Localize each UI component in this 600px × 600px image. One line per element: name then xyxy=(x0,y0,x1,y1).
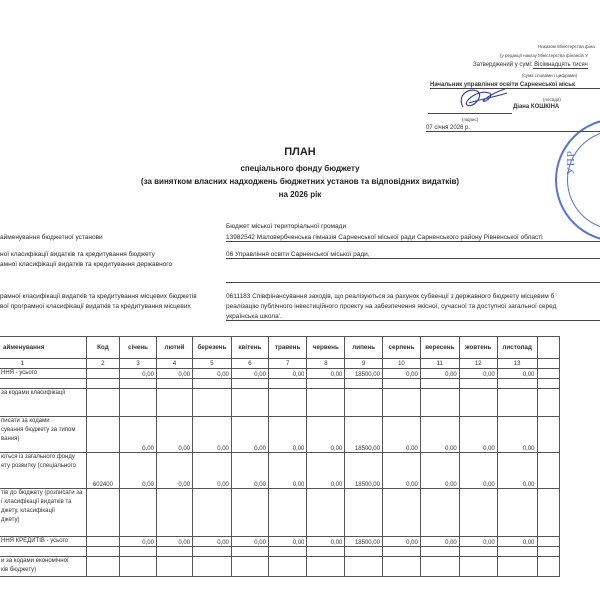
row-code xyxy=(86,537,119,547)
row-name: ННЯ - усього xyxy=(0,369,86,379)
department-label-2: амної класифікації видатків та кредитува… xyxy=(0,261,172,268)
month-value: 0,00 xyxy=(120,369,157,379)
month-value: 0,00 xyxy=(382,537,420,547)
month-value xyxy=(459,489,497,537)
month-value: 18500,00 xyxy=(345,453,383,489)
column-header: жовтень xyxy=(459,337,497,359)
month-value xyxy=(345,389,383,417)
month-value xyxy=(382,389,420,417)
row-overflow-cell xyxy=(537,379,560,389)
row-code xyxy=(86,417,119,453)
department-value: 06 Управління освіти Сарненської міської… xyxy=(226,251,600,259)
row-overflow-cell xyxy=(537,369,560,379)
column-number: 11 xyxy=(420,359,459,369)
table-row: ННЯ - усього0,000,000,000,000,000,001850… xyxy=(0,369,560,379)
title-line-2: (за винятком власних надходжень бюджетни… xyxy=(0,177,600,186)
month-value xyxy=(268,379,306,389)
program-label-1: рамної класифікації видатків та кредитув… xyxy=(0,293,197,300)
table-row xyxy=(0,547,560,557)
month-value xyxy=(231,379,268,389)
month-value xyxy=(156,547,192,557)
month-value xyxy=(307,389,345,417)
order-reference-line-2: (у редакції наказу Міністерства фінансів… xyxy=(500,53,588,58)
month-value xyxy=(156,389,192,417)
signature-line xyxy=(428,113,512,114)
institution-label: айменування бюджетної установи xyxy=(0,234,103,241)
table-row: ються із загального фондуету розвитку (с… xyxy=(0,453,560,489)
month-value: 0,00 xyxy=(420,537,459,547)
column-number: 7 xyxy=(268,359,306,369)
month-value: 0,00 xyxy=(231,417,268,453)
column-header: січень xyxy=(120,337,157,359)
month-value xyxy=(120,557,157,577)
month-value xyxy=(345,547,383,557)
month-value: 0,00 xyxy=(268,537,306,547)
department-label-1: ної класифікації видатків та кредитуванн… xyxy=(0,251,155,258)
column-header: лютий xyxy=(156,337,192,359)
program-value-2: реалізацію публічного інвестиційного про… xyxy=(226,303,556,310)
row-name xyxy=(0,547,86,557)
month-value: 0,00 xyxy=(459,537,497,547)
month-value: 0,00 xyxy=(193,537,232,547)
row-overflow-cell xyxy=(537,489,560,537)
month-value: 0,00 xyxy=(459,417,497,453)
column-header-overflow xyxy=(537,337,560,359)
month-value xyxy=(459,389,497,417)
plan-table: айменуванняКодсіченьлютийберезеньквітень… xyxy=(0,336,560,577)
month-value: 18500,00 xyxy=(345,369,383,379)
month-value xyxy=(459,379,497,389)
month-value xyxy=(268,489,306,537)
column-number: 6 xyxy=(231,359,268,369)
month-value: 0,00 xyxy=(268,369,306,379)
month-value: 0,00 xyxy=(307,537,345,547)
month-value xyxy=(345,489,383,537)
month-value: 0,00 xyxy=(497,369,537,379)
month-value: 0,00 xyxy=(268,453,306,489)
column-number: 5 xyxy=(193,359,232,369)
month-value: 0,00 xyxy=(120,537,157,547)
column-number: 1 xyxy=(0,359,86,369)
month-value: 18500,00 xyxy=(345,417,383,453)
row-overflow-cell xyxy=(537,537,560,547)
institution-value: 13982542 Маловербченська гімназія Сарнен… xyxy=(226,234,600,242)
month-value xyxy=(268,389,306,417)
month-value xyxy=(497,389,537,417)
month-value: 0,00 xyxy=(120,453,157,489)
month-value xyxy=(231,557,268,577)
column-number: 9 xyxy=(345,359,383,369)
month-value: 0,00 xyxy=(231,369,268,379)
month-value xyxy=(382,557,420,577)
month-value xyxy=(307,557,345,577)
month-value: 0,00 xyxy=(459,453,497,489)
month-value xyxy=(307,489,345,537)
month-value: 0,00 xyxy=(382,369,420,379)
month-value: 0,00 xyxy=(420,417,459,453)
month-value xyxy=(345,379,383,389)
column-header: айменування xyxy=(0,337,86,359)
column-header: серпень xyxy=(382,337,420,359)
month-value xyxy=(420,379,459,389)
column-number: 12 xyxy=(459,359,497,369)
month-value: 0,00 xyxy=(459,369,497,379)
amount-caption: (сума словами і цифрами) xyxy=(522,73,577,78)
program-value-3: українська школа'. xyxy=(226,313,600,321)
row-code xyxy=(86,389,119,417)
month-value xyxy=(420,557,459,577)
row-name xyxy=(0,379,86,389)
order-reference-line-1: Наказом Міністерства фіна xyxy=(538,44,595,49)
month-value xyxy=(382,489,420,537)
month-value xyxy=(193,389,232,417)
month-value xyxy=(193,489,232,537)
month-value: 0,00 xyxy=(307,453,345,489)
table-body: ННЯ - усього0,000,000,000,000,000,001850… xyxy=(0,369,560,577)
column-number: 2 xyxy=(86,359,119,369)
month-value xyxy=(156,379,192,389)
column-header: листопад xyxy=(497,337,537,359)
row-code xyxy=(86,379,119,389)
month-value xyxy=(497,489,537,537)
column-number: 13 xyxy=(497,359,537,369)
program-label-2: вої програмної класифікації видатків та … xyxy=(0,303,191,310)
month-value xyxy=(497,379,537,389)
empty-field-line xyxy=(226,282,600,283)
month-value: 0,00 xyxy=(307,369,345,379)
row-overflow-cell xyxy=(537,453,560,489)
row-overflow-cell xyxy=(537,557,560,577)
month-value xyxy=(307,547,345,557)
signatory-name: Діана КОШКІНА xyxy=(513,104,559,110)
signature-caption: (підпис) xyxy=(462,117,478,122)
month-value xyxy=(120,379,157,389)
month-value xyxy=(231,547,268,557)
month-value xyxy=(231,389,268,417)
month-value xyxy=(459,547,497,557)
month-value: 0,00 xyxy=(231,537,268,547)
column-number-overflow xyxy=(537,359,560,369)
row-code xyxy=(86,369,119,379)
row-name: ННЯ КРЕДИТІВ - усього xyxy=(0,537,86,547)
month-value: 0,00 xyxy=(497,417,537,453)
approved-amount: Затверджений у сумі: Вісімнадцять тисяч xyxy=(473,62,588,68)
month-value: 0,00 xyxy=(156,537,192,547)
title-line-1: спеціального фонду бюджету xyxy=(0,164,600,173)
month-value: 0,00 xyxy=(193,453,232,489)
column-header: липень xyxy=(345,337,383,359)
month-value xyxy=(193,547,232,557)
month-value xyxy=(345,557,383,577)
month-value xyxy=(420,389,459,417)
column-number: 3 xyxy=(120,359,157,369)
page-title: ПЛАН xyxy=(0,146,600,158)
row-code: 602400 xyxy=(86,453,119,489)
month-value xyxy=(193,557,232,577)
row-name: ються із загального фондуету розвитку (с… xyxy=(0,453,86,489)
month-value xyxy=(420,547,459,557)
month-value xyxy=(156,489,192,537)
column-number: 8 xyxy=(307,359,345,369)
month-value xyxy=(120,547,157,557)
column-number: 10 xyxy=(382,359,420,369)
month-value: 0,00 xyxy=(382,417,420,453)
table-row: и за кодами економічноїків бюджету) xyxy=(0,557,560,577)
month-value xyxy=(120,389,157,417)
table-row: за кодами класифікації xyxy=(0,389,560,417)
month-value xyxy=(382,547,420,557)
column-header: вересень xyxy=(420,337,459,359)
month-value xyxy=(231,489,268,537)
title-line-3: на 2026 рік xyxy=(0,190,600,199)
approved-label: Затверджений у сумі: xyxy=(473,62,533,68)
row-code xyxy=(86,547,119,557)
row-name: за кодами класифікації xyxy=(0,389,86,417)
month-value xyxy=(420,489,459,537)
month-value: 0,00 xyxy=(231,453,268,489)
month-value xyxy=(156,557,192,577)
table-row: писати за кодамисування бюджету за типом… xyxy=(0,417,560,453)
month-value: 0,00 xyxy=(193,369,232,379)
month-value: 0,00 xyxy=(156,453,192,489)
month-value: 0,00 xyxy=(156,369,192,379)
month-value xyxy=(268,557,306,577)
column-header: Код xyxy=(86,337,119,359)
month-value: 0,00 xyxy=(156,417,192,453)
month-value: 18500,00 xyxy=(345,537,383,547)
month-value: 0,00 xyxy=(268,417,306,453)
row-name: писати за кодамисування бюджету за типом… xyxy=(0,417,86,453)
month-value xyxy=(459,557,497,577)
month-value: 0,00 xyxy=(497,537,537,547)
column-header: березень xyxy=(193,337,232,359)
table-header-row: айменуванняКодсіченьлютийберезеньквітень… xyxy=(0,337,560,359)
month-value xyxy=(497,557,537,577)
table-column-number-row: 12345678910111213 xyxy=(0,359,560,369)
month-value xyxy=(268,547,306,557)
row-overflow-cell xyxy=(537,417,560,453)
column-number: 4 xyxy=(156,359,192,369)
month-value: 0,00 xyxy=(193,417,232,453)
month-value: 0,00 xyxy=(420,453,459,489)
column-header: травень xyxy=(268,337,306,359)
row-name: и за кодами економічноїків бюджету) xyxy=(0,557,86,577)
approved-amount-words: Вісімнадцять тисяч xyxy=(533,62,588,69)
approval-date: 07 січня 2026 р. xyxy=(426,125,600,132)
table-row xyxy=(0,379,560,389)
row-code xyxy=(86,489,119,537)
table-row: ННЯ КРЕДИТІВ - усього0,000,000,000,000,0… xyxy=(0,537,560,547)
month-value xyxy=(193,379,232,389)
budget-name: Бюджет міської територіальної громади xyxy=(226,223,346,230)
position-caption: (посада) xyxy=(543,97,561,102)
month-value xyxy=(307,379,345,389)
column-header: квітень xyxy=(231,337,268,359)
program-value-1: 0611183 Співфінансування заходів, що реа… xyxy=(226,293,554,300)
month-value: 0,00 xyxy=(120,417,157,453)
row-name: тів до бюджету (розписати заї класифікац… xyxy=(0,489,86,537)
row-code xyxy=(86,557,119,577)
signature-icon xyxy=(455,83,515,113)
month-value: 0,00 xyxy=(307,417,345,453)
row-overflow-cell xyxy=(537,547,560,557)
table-row: тів до бюджету (розписати заї класифікац… xyxy=(0,489,560,537)
month-value: 0,00 xyxy=(382,453,420,489)
month-value xyxy=(497,547,537,557)
month-value: 0,00 xyxy=(420,369,459,379)
row-overflow-cell xyxy=(537,389,560,417)
month-value xyxy=(382,379,420,389)
month-value: 0,00 xyxy=(497,453,537,489)
month-value xyxy=(120,489,157,537)
column-header: червень xyxy=(307,337,345,359)
